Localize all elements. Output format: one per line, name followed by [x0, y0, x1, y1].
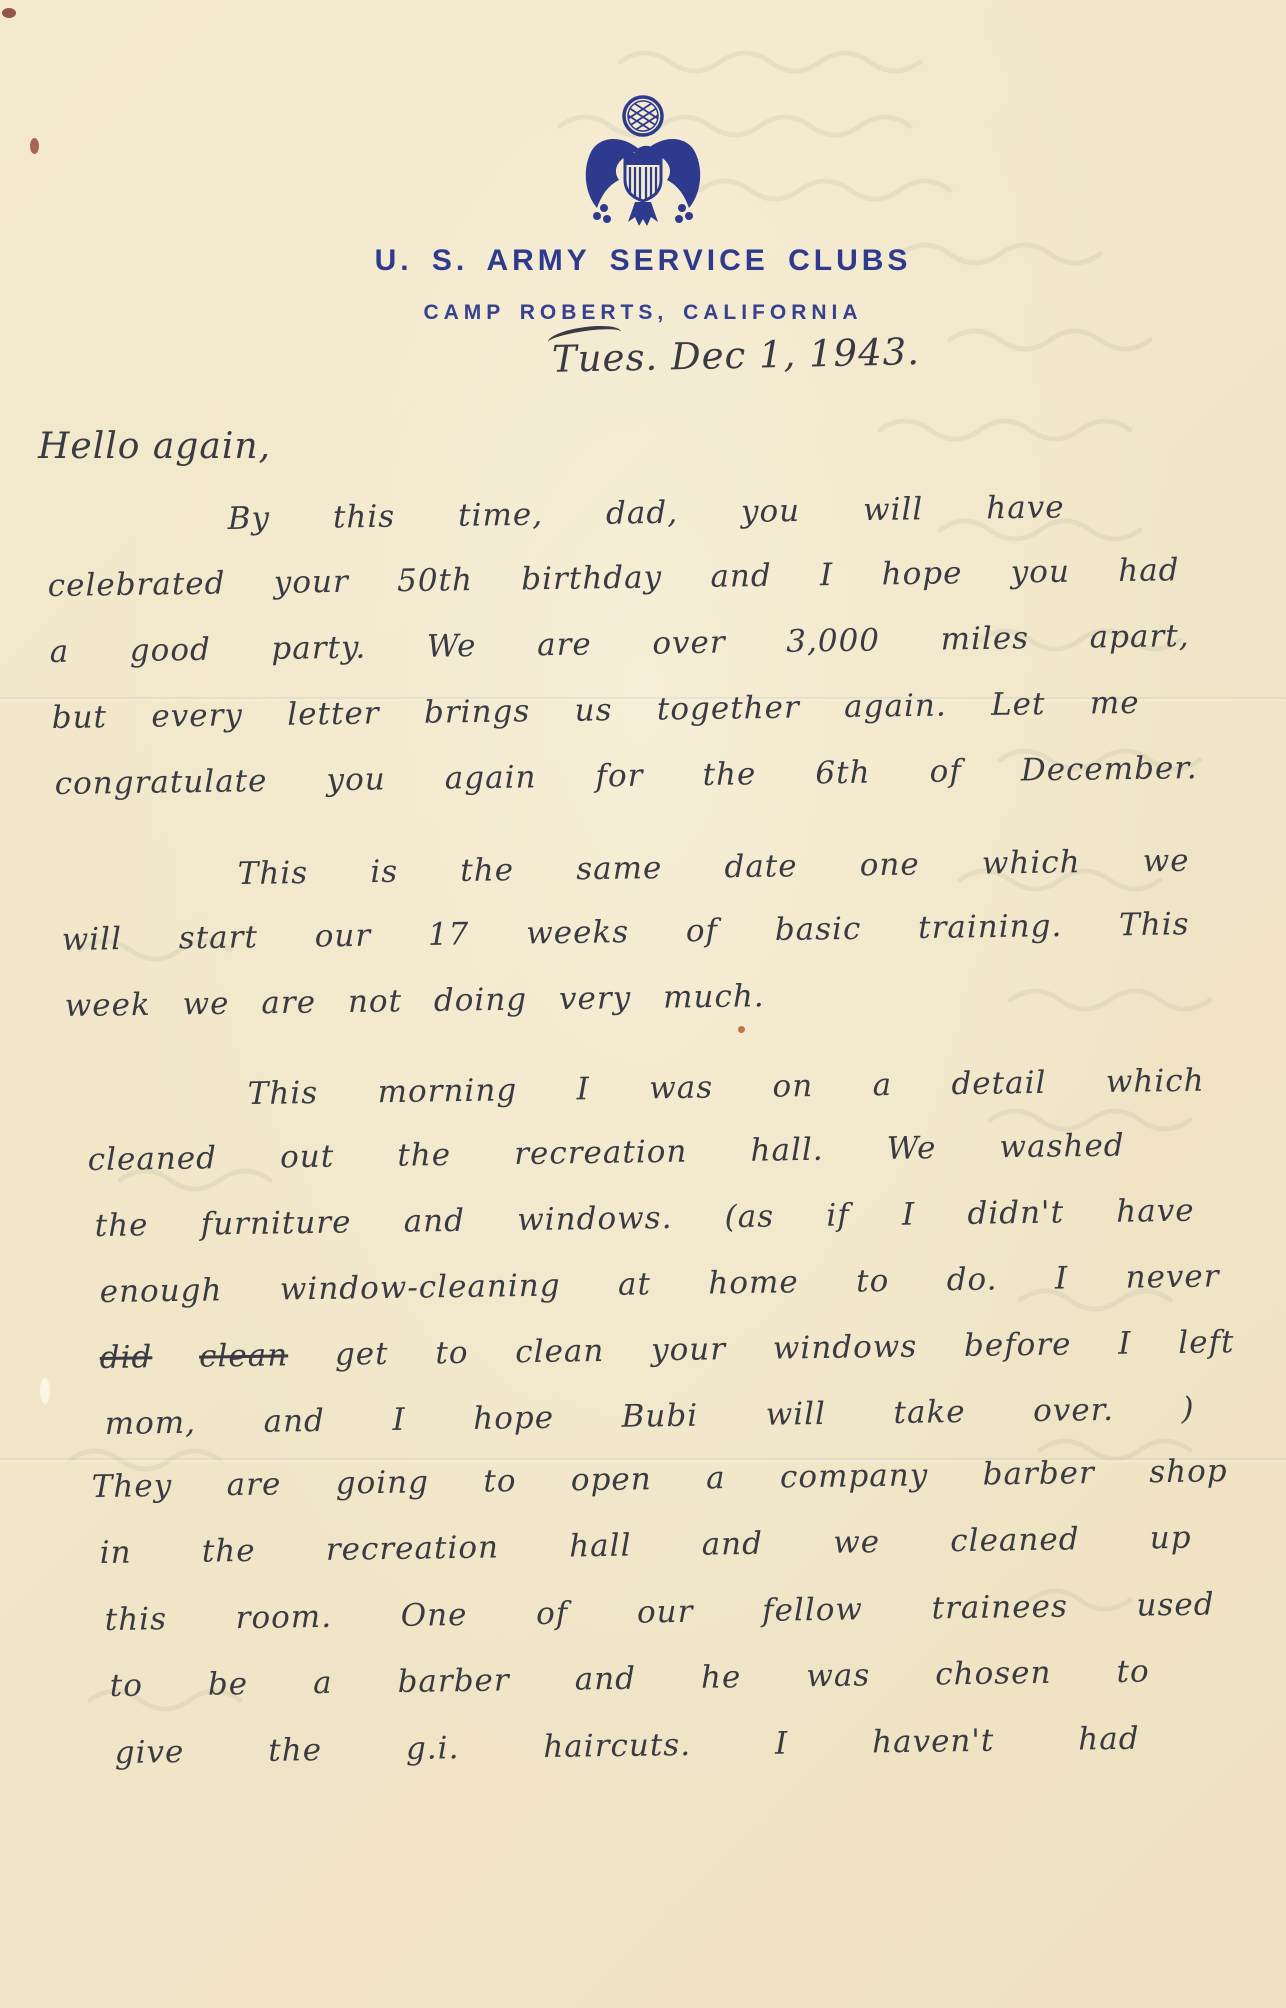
greeting: Hello again, — [38, 426, 271, 467]
paper-blemish — [30, 138, 39, 154]
date-line: Tues. Dec 1, 1943. — [552, 330, 921, 381]
struck-word: clean — [199, 1336, 289, 1376]
paper-tear — [40, 1378, 50, 1404]
us-army-eagle-crest-icon — [568, 92, 718, 244]
letterhead-title: U. S. ARMY SERVICE CLUBS — [375, 244, 912, 278]
struck-word: did — [99, 1338, 152, 1377]
paper-blemish — [2, 8, 16, 18]
paper-blemish — [738, 1026, 745, 1033]
letterhead-subtitle: CAMP ROBERTS, CALIFORNIA — [423, 301, 862, 325]
letter-page: U. S. ARMY SERVICE CLUBS CAMP ROBERTS, C… — [0, 0, 1286, 2008]
